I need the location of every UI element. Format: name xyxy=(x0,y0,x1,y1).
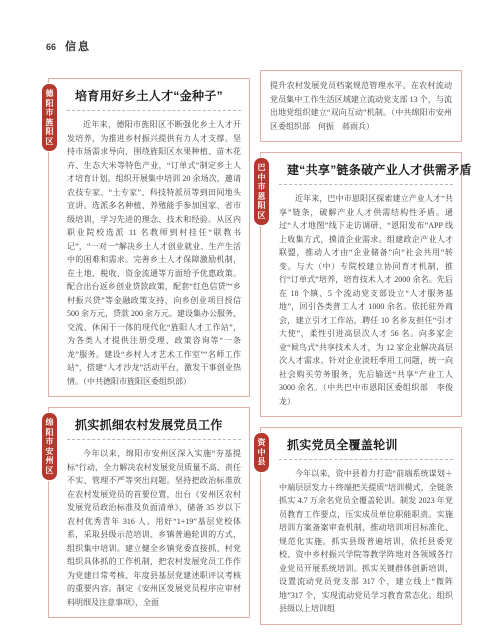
article-body: 近年来，德阳市旌阳区不断强化乡土人才开发培养，为推进乡村振兴提供有力人才支撑。坚… xyxy=(67,118,241,388)
article-zizhong: 资中县 抓实党员全覆盖轮训 今年以来，资中县着力打造“前端系统谋划＋中端层层发力… xyxy=(260,427,462,625)
article-body: 今年以来，资中县着力打造“前端系统谋划＋中端层层发力＋终端把关提质”培训模式，全… xyxy=(279,467,453,616)
section-title: 信息 xyxy=(65,38,91,54)
right-column: 提升农村发展党员档案规范管理水平。在农村流动党员集中工作生活区域建立流动党支部 … xyxy=(260,70,462,625)
article-bazhong-enyang: 巴中市恩阳区 建“共享”链条破产业人才供需矛盾 近年来，巴中市恩阳区探索建立产业… xyxy=(260,152,462,417)
region-tab-bazhong-enyang: 巴中市恩阳区 xyxy=(254,158,269,225)
title-divider xyxy=(279,184,453,185)
article-title: 建“共享”链条破产业人才供需矛盾 xyxy=(287,161,453,178)
region-tab-zizhong: 资中县 xyxy=(254,433,269,472)
article-mianyang-anzhou: 绵阳市安州区 抓实抓细农村发展党员工作 今年以来，绵阳市安州区深入实施“夯基提标… xyxy=(48,407,250,618)
article-title: 培育用好乡土人才“金种子” xyxy=(75,87,241,104)
page-header: 66 信息 xyxy=(46,38,91,54)
page-number: 66 xyxy=(46,42,56,52)
article-continuation: 提升农村发展党员档案规范管理水平。在农村流动党员集中工作生活区域建立流动党支部 … xyxy=(260,70,462,142)
title-divider xyxy=(279,459,453,460)
article-deyang-jingyang: 德阳市旌阳区 培育用好乡土人才“金种子” 近年来，德阳市旌阳区不断强化乡土人才开… xyxy=(48,78,250,397)
article-body: 近年来，巴中市恩阳区探索建立产业人才“共享”链条，破解产业人才供需结构性矛盾。通… xyxy=(279,192,453,408)
title-divider xyxy=(67,110,241,111)
region-tab-mianyang-anzhou: 绵阳市安州区 xyxy=(42,413,57,480)
article-title: 抓实抓细农村发展党员工作 xyxy=(75,416,241,433)
article-body: 提升农村发展党员档案规范管理水平。在农村流动党员集中工作生活区域建立流动党支部 … xyxy=(270,79,452,133)
article-body: 今年以来，绵阳市安州区深入实施“夯基提标”行动，全力解决农村发展党员质量不高、责… xyxy=(67,447,241,609)
region-tab-deyang-jingyang: 德阳市旌阳区 xyxy=(42,84,57,151)
title-divider xyxy=(67,439,241,440)
left-column: 德阳市旌阳区 培育用好乡土人才“金种子” 近年来，德阳市旌阳区不断强化乡土人才开… xyxy=(48,78,250,618)
magazine-page: { "header": { "page_number": "66", "sect… xyxy=(0,0,496,640)
article-title: 抓实党员全覆盖轮训 xyxy=(287,436,453,453)
